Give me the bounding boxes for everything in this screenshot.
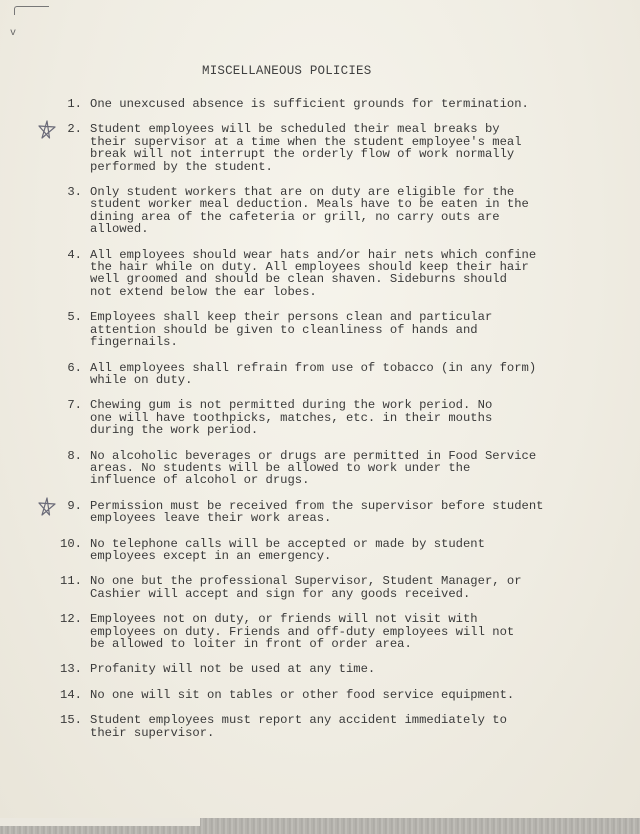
policy-list: 1. One unexcused absence is sufficient g…: [50, 98, 590, 752]
policy-text: No alcoholic beverages or drugs are perm…: [90, 450, 590, 487]
policy-text: All employees shall refrain from use of …: [90, 362, 590, 387]
policy-number: 11.: [50, 575, 90, 600]
policy-text: Profanity will not be used at any time.: [90, 663, 590, 675]
policy-text: Permission must be received from the sup…: [90, 500, 590, 525]
policy-number: 6.: [50, 362, 90, 387]
scan-edge-highlight: [0, 818, 200, 826]
policy-text: No one will sit on tables or other food …: [90, 689, 590, 701]
policy-text: Chewing gum is not permitted during the …: [90, 399, 590, 436]
star-annotation-icon: [36, 496, 58, 518]
policy-text: Employees shall keep their persons clean…: [90, 311, 590, 348]
policy-text: No telephone calls will be accepted or m…: [90, 538, 590, 563]
policy-text: Student employees must report any accide…: [90, 714, 590, 739]
policy-item-1: 1. One unexcused absence is sufficient g…: [50, 98, 590, 110]
policy-item-15: 15. Student employees must report any ac…: [50, 714, 590, 739]
policy-number: 4.: [50, 249, 90, 299]
policy-item-12: 12. Employees not on duty, or friends wi…: [50, 613, 590, 650]
policy-text: No one but the professional Supervisor, …: [90, 575, 590, 600]
policy-number: 8.: [50, 450, 90, 487]
policy-item-14: 14. No one will sit on tables or other f…: [50, 689, 590, 701]
policy-text: Student employees will be scheduled thei…: [90, 123, 590, 173]
policy-item-11: 11. No one but the professional Supervis…: [50, 575, 590, 600]
policy-number: 3.: [50, 186, 90, 236]
policy-item-3: 3. Only student workers that are on duty…: [50, 186, 590, 236]
policy-number: 15.: [50, 714, 90, 739]
policy-item-5: 5. Employees shall keep their persons cl…: [50, 311, 590, 348]
policy-item-7: 7. Chewing gum is not permitted during t…: [50, 399, 590, 436]
policy-item-9: 9. Permission must be received from the …: [50, 500, 590, 525]
policy-number: 12.: [50, 613, 90, 650]
margin-mark: v: [10, 28, 16, 39]
policy-item-4: 4. All employees should wear hats and/or…: [50, 249, 590, 299]
policy-item-8: 8. No alcoholic beverages or drugs are p…: [50, 450, 590, 487]
policy-number: 10.: [50, 538, 90, 563]
document-title: MISCELLANEOUS POLICIES: [0, 64, 640, 78]
policy-number: 7.: [50, 399, 90, 436]
star-annotation-icon: [36, 119, 58, 141]
policy-text: Employees not on duty, or friends will n…: [90, 613, 590, 650]
policy-text: Only student workers that are on duty ar…: [90, 186, 590, 236]
policy-item-10: 10. No telephone calls will be accepted …: [50, 538, 590, 563]
policy-item-6: 6. All employees shall refrain from use …: [50, 362, 590, 387]
policy-number: 1.: [50, 98, 90, 110]
policy-item-2: 2. Student employees will be scheduled t…: [50, 123, 590, 173]
policy-text: One unexcused absence is sufficient grou…: [90, 98, 590, 110]
corner-fold-mark: [14, 6, 49, 15]
policy-item-13: 13. Profanity will not be used at any ti…: [50, 663, 590, 675]
policy-number: 13.: [50, 663, 90, 675]
policy-text: All employees should wear hats and/or ha…: [90, 249, 590, 299]
policy-number: 5.: [50, 311, 90, 348]
policy-number: 14.: [50, 689, 90, 701]
